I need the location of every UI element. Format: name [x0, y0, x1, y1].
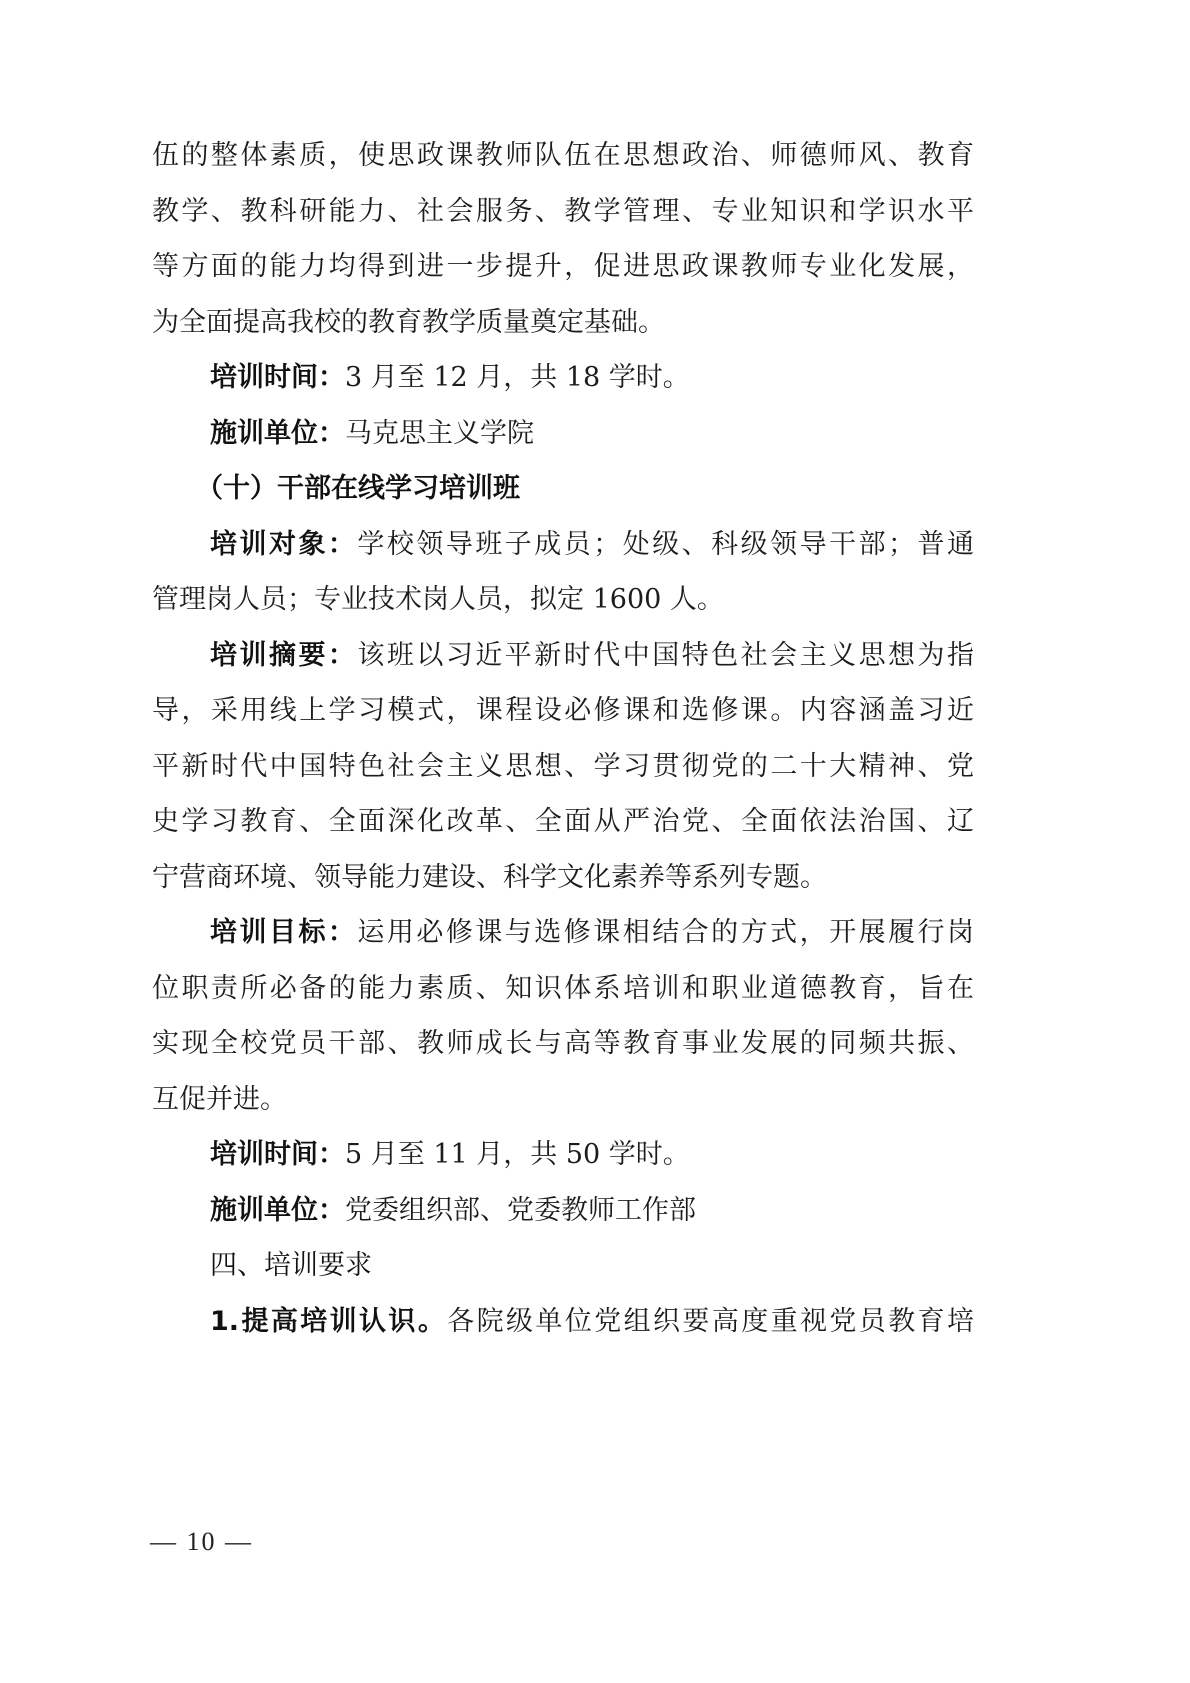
field-label: 1.提高培训认识。 [210, 1306, 447, 1337]
paragraph-line: 管理岗人员；专业技术岗人员，拟定 1600 人。 [152, 572, 974, 628]
field-value: 各院级单位党组织要高度重视党员教育培 [447, 1306, 974, 1337]
paragraph-line: 位职责所必备的能力素质、知识体系培训和职业道德教育，旨在 [152, 961, 974, 1017]
section-heading-10: （十）干部在线学习培训班 [152, 461, 974, 517]
requirement-item-1: 1.提高培训认识。各院级单位党组织要高度重视党员教育培 [152, 1294, 974, 1350]
training-unit-9: 施训单位：马克思主义学院 [152, 406, 974, 462]
field-label: 培训目标： [210, 917, 357, 948]
paragraph-line: 实现全校党员干部、教师成长与高等教育事业发展的同频共振、 [152, 1016, 974, 1072]
paragraph-line: 平新时代中国特色社会主义思想、学习贯彻党的二十大精神、党 [152, 739, 974, 795]
training-time-10: 培训时间：5 月至 11 月，共 50 学时。 [152, 1127, 974, 1183]
paragraph-line: 互促并进。 [152, 1072, 974, 1128]
paragraph-line: 导，采用线上学习模式，课程设必修课和选修课。内容涵盖习近 [152, 683, 974, 739]
training-target: 培训对象：学校领导班子成员；处级、科级领导干部；普通 [152, 517, 974, 573]
paragraph-line: 伍的整体素质，使思政课教师队伍在思想政治、师德师风、教育 [152, 128, 974, 184]
field-value: 党委组织部、党委教师工作部 [345, 1195, 696, 1226]
field-value: 马克思主义学院 [345, 418, 534, 449]
field-value: 5 月至 11 月，共 50 学时。 [345, 1139, 690, 1170]
field-value: 3 月至 12 月，共 18 学时。 [345, 362, 690, 393]
field-label: 培训时间： [210, 362, 345, 393]
paragraph-line: 等方面的能力均得到进一步提升，促进思政课教师专业化发展， [152, 239, 974, 295]
document-page: 伍的整体素质，使思政课教师队伍在思想政治、师德师风、教育 教学、教科研能力、社会… [0, 0, 1190, 1683]
training-goal: 培训目标：运用必修课与选修课相结合的方式，开展履行岗 [152, 905, 974, 961]
field-label: 培训时间： [210, 1139, 345, 1170]
section-heading-4: 四、培训要求 [152, 1238, 974, 1294]
body-text: 伍的整体素质，使思政课教师队伍在思想政治、师德师风、教育 教学、教科研能力、社会… [152, 128, 974, 1349]
paragraph-line: 教学、教科研能力、社会服务、教学管理、专业知识和学识水平 [152, 184, 974, 240]
page-number: — 10 — [150, 1527, 253, 1557]
paragraph-line: 宁营商环境、领导能力建设、科学文化素养等系列专题。 [152, 850, 974, 906]
field-label: 培训对象： [210, 529, 357, 560]
paragraph-line: 为全面提高我校的教育教学质量奠定基础。 [152, 295, 974, 351]
field-value: 运用必修课与选修课相结合的方式，开展履行岗 [357, 917, 974, 948]
field-label: 施训单位： [210, 1195, 345, 1226]
field-label: 培训摘要： [210, 640, 357, 671]
training-time-9: 培训时间：3 月至 12 月，共 18 学时。 [152, 350, 974, 406]
paragraph-line: 史学习教育、全面深化改革、全面从严治党、全面依法治国、辽 [152, 794, 974, 850]
field-label: 施训单位： [210, 418, 345, 449]
field-value: 该班以习近平新时代中国特色社会主义思想为指 [357, 640, 974, 671]
training-unit-10: 施训单位：党委组织部、党委教师工作部 [152, 1183, 974, 1239]
training-summary: 培训摘要：该班以习近平新时代中国特色社会主义思想为指 [152, 628, 974, 684]
field-value: 学校领导班子成员；处级、科级领导干部；普通 [357, 529, 974, 560]
